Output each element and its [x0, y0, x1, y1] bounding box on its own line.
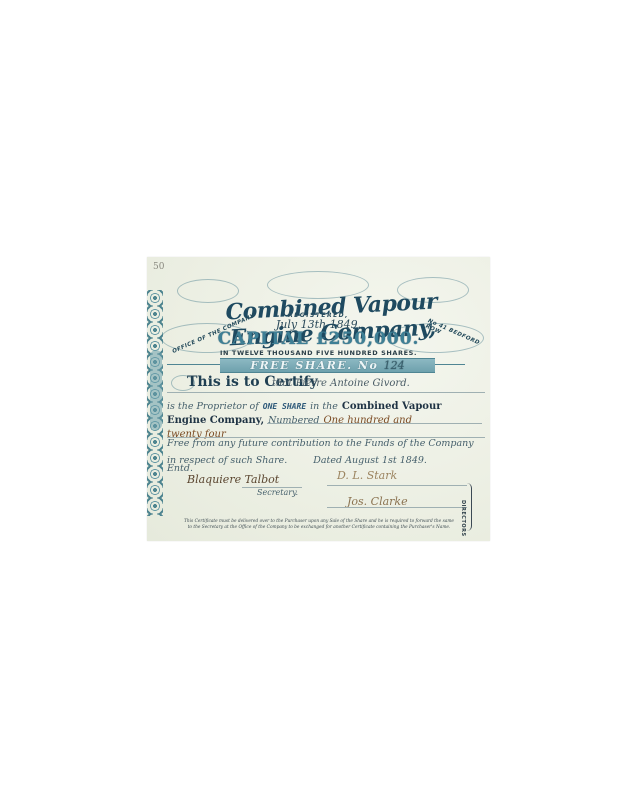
share-number: 124: [384, 359, 405, 372]
holder-name: that Pierre Antoine Givord.: [272, 378, 410, 389]
respect-line: in respect of such Share. Dated August 1…: [167, 450, 427, 468]
contribution-line: Free from any future contribution to the…: [167, 438, 474, 449]
share-certificate: 50 Combined Vapour Engine Company, REGIS…: [147, 257, 490, 541]
certificate-footnote: This Certificate must be delivered over …: [151, 519, 487, 531]
shares-description: IN TWELVE THOUSAND FIVE HUNDRED SHARES.: [147, 349, 490, 357]
banner-text: FREE SHARE. No 124: [220, 359, 435, 372]
handwritten-number: One hundred and: [323, 415, 412, 426]
rule: [327, 485, 467, 486]
banner-rule: [435, 364, 465, 365]
secretary-label: Secretary.: [257, 488, 298, 497]
free-share-banner: FREE SHARE. No 124: [220, 358, 435, 373]
banner-label: FREE SHARE. No: [250, 359, 378, 372]
issue-date: Dated August 1st 1849.: [313, 455, 427, 466]
rule: [327, 507, 467, 508]
line-text: Numbered: [268, 415, 319, 426]
banner-rule: [167, 364, 220, 365]
rule: [267, 423, 482, 424]
secretary-signature: Blaquiere Talbot: [187, 473, 279, 486]
capital-amount: CAPITAL £250,000.: [147, 329, 490, 349]
footnote-line-2: to the Secretary at the Office of the Co…: [151, 525, 487, 531]
pencil-mark: 50: [153, 262, 164, 272]
rule: [167, 392, 485, 393]
director-signature-1: D. L. Stark: [337, 469, 397, 482]
